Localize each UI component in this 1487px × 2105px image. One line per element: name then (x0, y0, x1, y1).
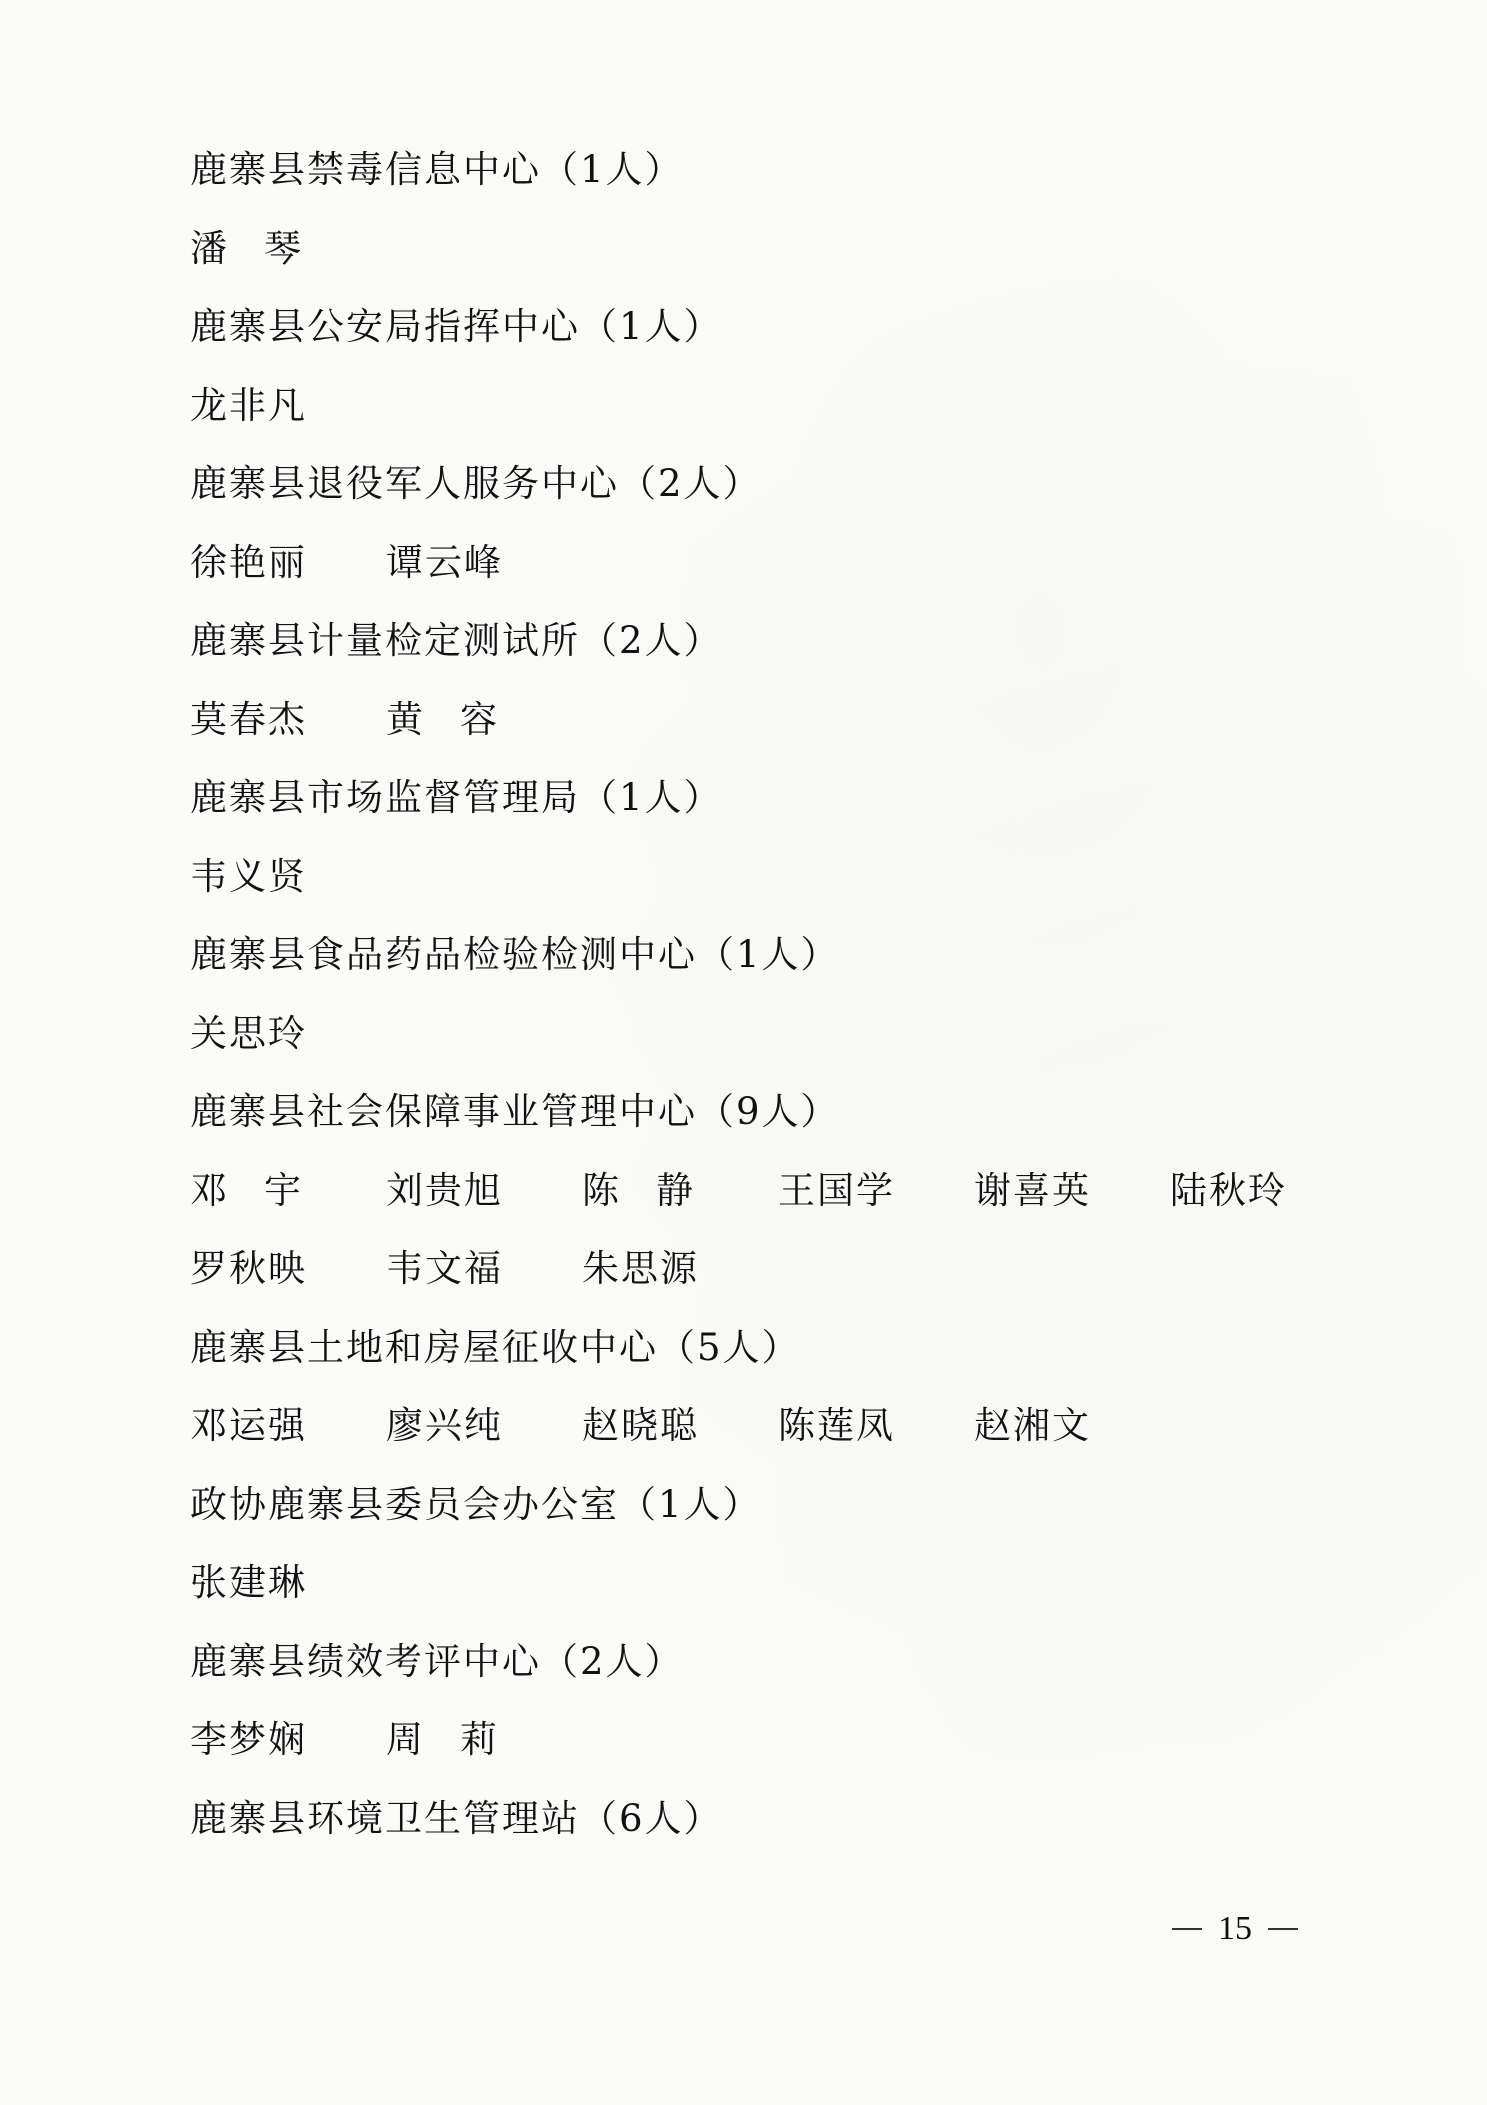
person-name: 邓 宇 (190, 1171, 386, 1211)
person-name: 王国学 (778, 1171, 974, 1211)
person-name: 张建琳 (190, 1563, 386, 1603)
person-name: 邓运强 (190, 1406, 386, 1446)
organization-heading: 鹿寨县绩效考评中心（2人） (190, 1642, 1340, 1721)
organization-heading: 鹿寨县环境卫生管理站（6人） (190, 1799, 1340, 1878)
organization-heading: 鹿寨县公安局指挥中心（1人） (190, 307, 1340, 386)
person-name: 朱思源 (582, 1249, 778, 1289)
person-name: 陆秋玲 (1170, 1171, 1366, 1211)
name-row: 邓运强 廖兴纯 赵晓聪 陈莲凤 赵湘文 (190, 1406, 1340, 1485)
person-name: 龙非凡 (190, 386, 386, 426)
person-name: 谭云峰 (386, 543, 582, 583)
organization-heading: 鹿寨县市场监督管理局（1人） (190, 778, 1340, 857)
name-row: 罗秋映 韦文福 朱思源 (190, 1249, 1340, 1328)
person-name: 廖兴纯 (386, 1406, 582, 1446)
person-name: 关思玲 (190, 1014, 386, 1054)
document-page: 鹿寨县禁毒信息中心（1人） 潘 琴 鹿寨县公安局指挥中心（1人） 龙非凡 鹿寨县… (0, 0, 1487, 2105)
award-list: 鹿寨县禁毒信息中心（1人） 潘 琴 鹿寨县公安局指挥中心（1人） 龙非凡 鹿寨县… (190, 150, 1340, 1877)
person-name: 周 莉 (386, 1720, 582, 1760)
person-name: 刘贵旭 (386, 1171, 582, 1211)
organization-heading: 鹿寨县社会保障事业管理中心（9人） (190, 1092, 1340, 1171)
organization-heading: 鹿寨县退役军人服务中心（2人） (190, 464, 1340, 543)
organization-heading: 政协鹿寨县委员会办公室（1人） (190, 1485, 1340, 1564)
person-name: 韦文福 (386, 1249, 582, 1289)
page-number: 15 (1172, 1910, 1298, 1948)
page-number-value: 15 (1218, 1910, 1252, 1948)
name-row: 韦义贤 (190, 857, 1340, 936)
organization-heading: 鹿寨县禁毒信息中心（1人） (190, 150, 1340, 229)
organization-heading: 鹿寨县土地和房屋征收中心（5人） (190, 1328, 1340, 1407)
name-row: 李梦娴 周 莉 (190, 1720, 1340, 1799)
person-name: 徐艳丽 (190, 543, 386, 583)
name-row: 邓 宇 刘贵旭 陈 静 王国学 谢喜英 陆秋玲 (190, 1171, 1340, 1250)
organization-heading: 鹿寨县计量检定测试所（2人） (190, 621, 1340, 700)
person-name: 赵湘文 (974, 1406, 1170, 1446)
page-number-dash-left (1172, 1928, 1202, 1930)
person-name: 潘 琴 (190, 229, 386, 269)
person-name: 谢喜英 (974, 1171, 1170, 1211)
person-name: 陈莲凤 (778, 1406, 974, 1446)
person-name: 赵晓聪 (582, 1406, 778, 1446)
name-row: 莫春杰 黄 容 (190, 700, 1340, 779)
name-row: 张建琳 (190, 1563, 1340, 1642)
organization-heading: 鹿寨县食品药品检验检测中心（1人） (190, 935, 1340, 1014)
name-row: 龙非凡 (190, 386, 1340, 465)
name-row: 潘 琴 (190, 229, 1340, 308)
person-name: 李梦娴 (190, 1720, 386, 1760)
person-name: 韦义贤 (190, 857, 386, 897)
person-name: 黄 容 (386, 700, 582, 740)
name-row: 徐艳丽 谭云峰 (190, 543, 1340, 622)
page-number-dash-right (1268, 1928, 1298, 1930)
person-name: 陈 静 (582, 1171, 778, 1211)
name-row: 关思玲 (190, 1014, 1340, 1093)
person-name: 罗秋映 (190, 1249, 386, 1289)
person-name: 莫春杰 (190, 700, 386, 740)
